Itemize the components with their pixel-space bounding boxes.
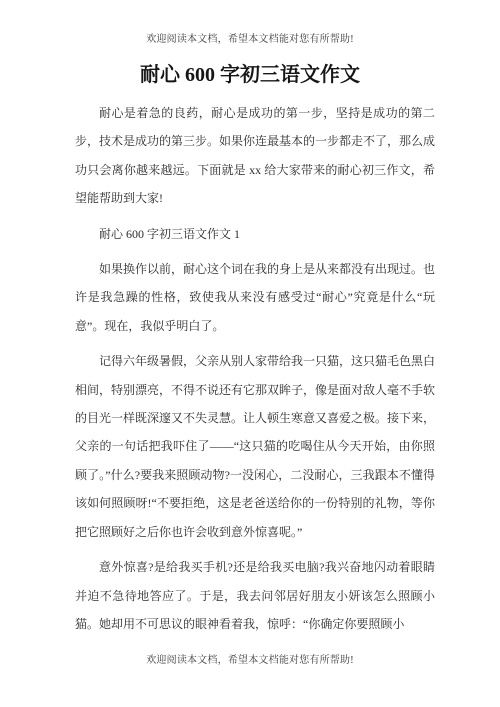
page-title: 耐心 600 字初三语文作文 <box>0 58 500 87</box>
document-page: 欢迎阅读本文档，希望本文档能对您有所帮助! 耐心 600 字初三语文作文 耐心是… <box>0 0 500 707</box>
header-note: 欢迎阅读本文档，希望本文档能对您有所帮助! <box>0 30 500 45</box>
footer-note: 欢迎阅读本文档，希望本文档能对您有所帮助! <box>0 651 500 666</box>
paragraph: 记得六年级暑假，父亲从别人家带给我一只猫，这只猫毛色黑白相间，特别漂亮，不得不说… <box>75 347 435 546</box>
paragraph: 耐心是着急的良药，耐心是成功的第一步，坚持是成功的第二步，技术是成功的第三步。如… <box>75 99 435 213</box>
document-body: 耐心是着急的良药，耐心是成功的第一步，坚持是成功的第二步，技术是成功的第三步。如… <box>75 99 435 645</box>
section-heading: 耐心 600 字初三语文作文 1 <box>75 220 435 248</box>
paragraph: 如果换作以前，耐心这个词在我的身上是从来都没有出现过。也许是我急躁的性格，致使我… <box>75 255 435 340</box>
paragraph: 意外惊喜?是给我买手机?还是给我买电脑?我兴奋地闪动着眼睛并迫不急待地答应了。于… <box>75 553 435 638</box>
